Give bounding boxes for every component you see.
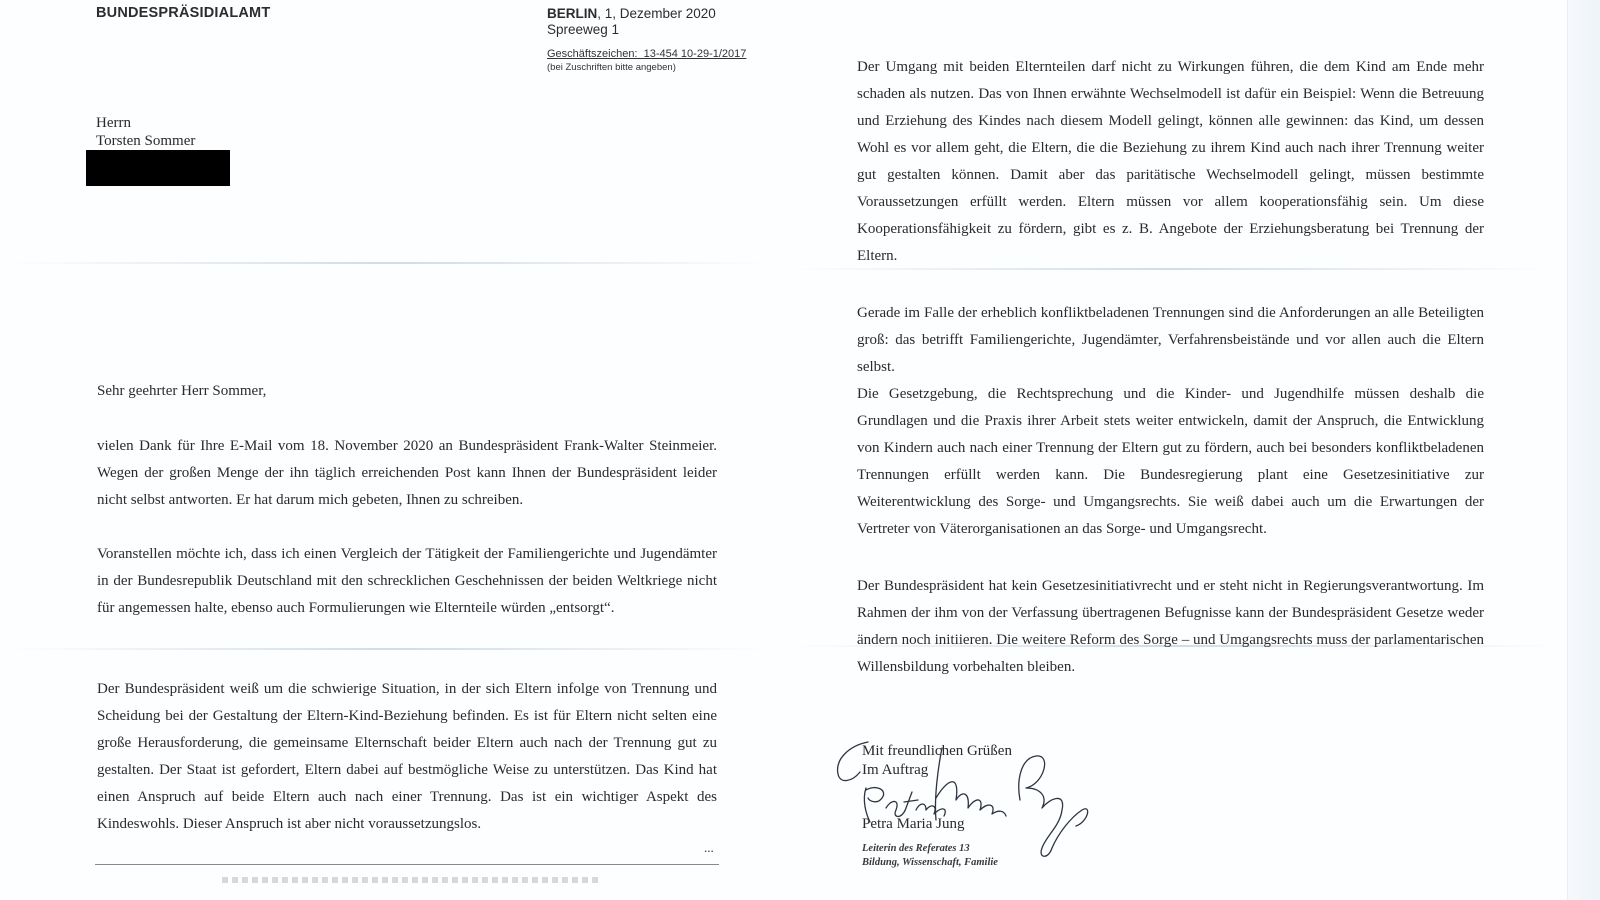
greeting: Sehr geehrter Herr Sommer, [97,378,717,405]
paragraph-text: Der Bundespräsident hat kein Gesetzesini… [857,573,1484,681]
paragraph: Der Umgang mit beiden Elternteilen darf … [857,54,1484,270]
paragraph-text: Der Bundespräsident weiß um die schwieri… [97,676,717,838]
letter-page-1: BUNDESPRÄSIDIALAMT BERLIN, 1, Dezember 2… [0,0,790,900]
paper-fold-line [10,648,770,650]
page-edge [1567,0,1600,900]
closing-regards: Mit freundlichen Grüßen [862,742,1012,761]
footer-text-illegible [222,877,602,883]
reference-block: Geschäftszeichen: 13-454 10-29-1/2017 (b… [547,48,746,74]
paragraph-text: Voranstellen möchte ich, dass ich einen … [97,541,717,622]
letter-date-block: BERLIN, 1, Dezember 2020 Spreeweg 1 [547,6,716,38]
signer-role-line: Leiterin des Referates 13 [862,842,998,856]
closing-on-behalf: Im Auftrag [862,761,1012,780]
letter-date: , 1, Dezember 2020 [597,6,716,21]
recipient-address: Herrn Torsten Sommer [96,114,195,150]
recipient-salutation: Herrn [96,114,195,132]
greeting-text: Sehr geehrter Herr Sommer, [97,378,717,405]
paragraph: Der Bundespräsident hat kein Gesetzesini… [857,573,1484,681]
signer-name: Petra Maria Jung [862,816,964,833]
sender-street: Spreeweg 1 [547,22,716,38]
closing-block: Mit freundlichen Grüßen Im Auftrag [862,742,1012,780]
reference-label: Geschäftszeichen: [547,48,638,60]
redacted-address-block [86,150,230,186]
paragraph: Der Bundespräsident weiß um die schwieri… [97,676,717,838]
signer-department-line: Bildung, Wissenschaft, Familie [862,856,998,870]
paragraph: vielen Dank für Ihre E-Mail vom 18. Nove… [97,433,717,514]
continuation-marker: ... [704,840,714,856]
sender-organization: BUNDESPRÄSIDIALAMT [96,5,270,21]
paragraph-text: Die Gesetzgebung, die Rechtsprechung und… [857,381,1484,543]
paragraph-text: vielen Dank für Ihre E-Mail vom 18. Nove… [97,433,717,514]
paper-fold-line [10,262,770,264]
paragraph: Gerade im Falle der erheblich konfliktbe… [857,300,1484,381]
signer-role: Leiterin des Referates 13 Bildung, Wisse… [862,842,998,870]
footer-divider [95,864,719,865]
paragraph-text: Der Umgang mit beiden Elternteilen darf … [857,54,1484,270]
letter-city: BERLIN [547,6,597,21]
recipient-name: Torsten Sommer [96,132,195,150]
paragraph-text: Gerade im Falle der erheblich konfliktbe… [857,300,1484,381]
reference-number: 13-454 10-29-1/2017 [644,48,747,60]
paragraph: Voranstellen möchte ich, dass ich einen … [97,541,717,622]
paragraph: Die Gesetzgebung, die Rechtsprechung und… [857,381,1484,543]
reference-note: (bei Zuschriften bitte angeben) [547,61,746,74]
